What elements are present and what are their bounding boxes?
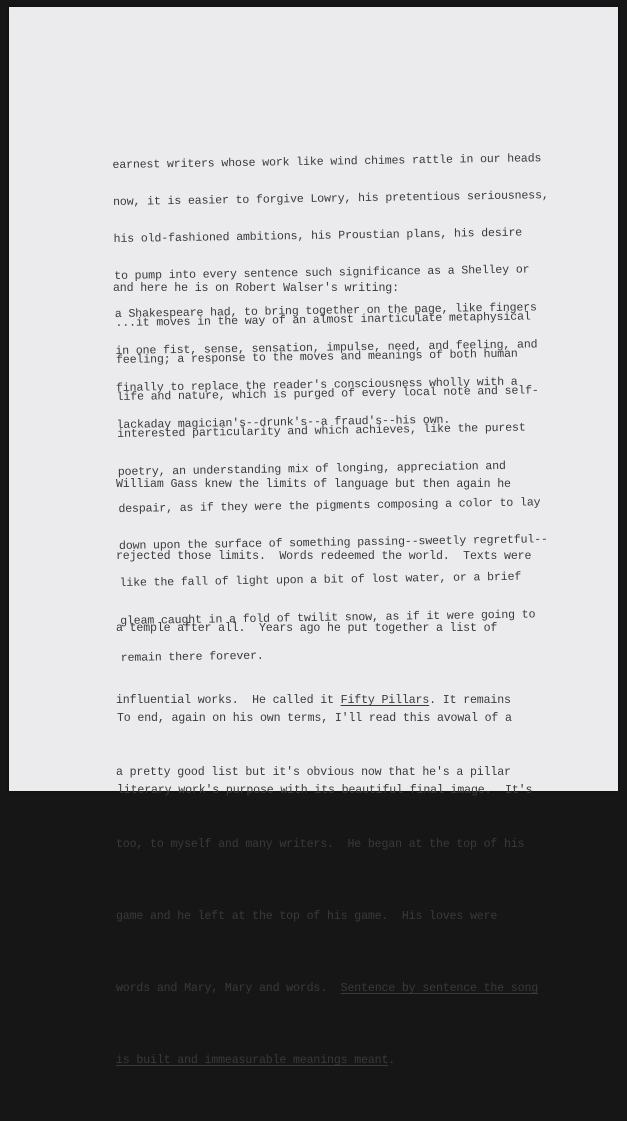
text-line: earnest writers whose work like wind chi… [112,153,548,172]
text-line: To end, again on his own terms, I'll rea… [117,707,532,731]
text-line: life and nature, which is purged of ever… [117,386,546,405]
text-line: literary work's purpose with its beautif… [117,779,532,800]
text-line: rejected those limits. Words redeemed th… [116,545,538,569]
text-line: feeling; a response to the moves and mea… [116,348,545,367]
text-line: his old-fashioned ambitions, his Prousti… [114,227,550,246]
paragraph-closing: To end, again on his own terms, I'll rea… [117,659,532,800]
text-line: William Gass knew the limits of language… [116,473,538,497]
typewritten-page: earnest writers whose work like wind chi… [9,7,618,791]
text-line: a temple after all. Years ago he put tog… [116,617,538,641]
text-line: ...it moves in the way of an almost inar… [115,311,544,330]
text-line: now, it is easier to forgive Lowry, his … [113,190,549,209]
